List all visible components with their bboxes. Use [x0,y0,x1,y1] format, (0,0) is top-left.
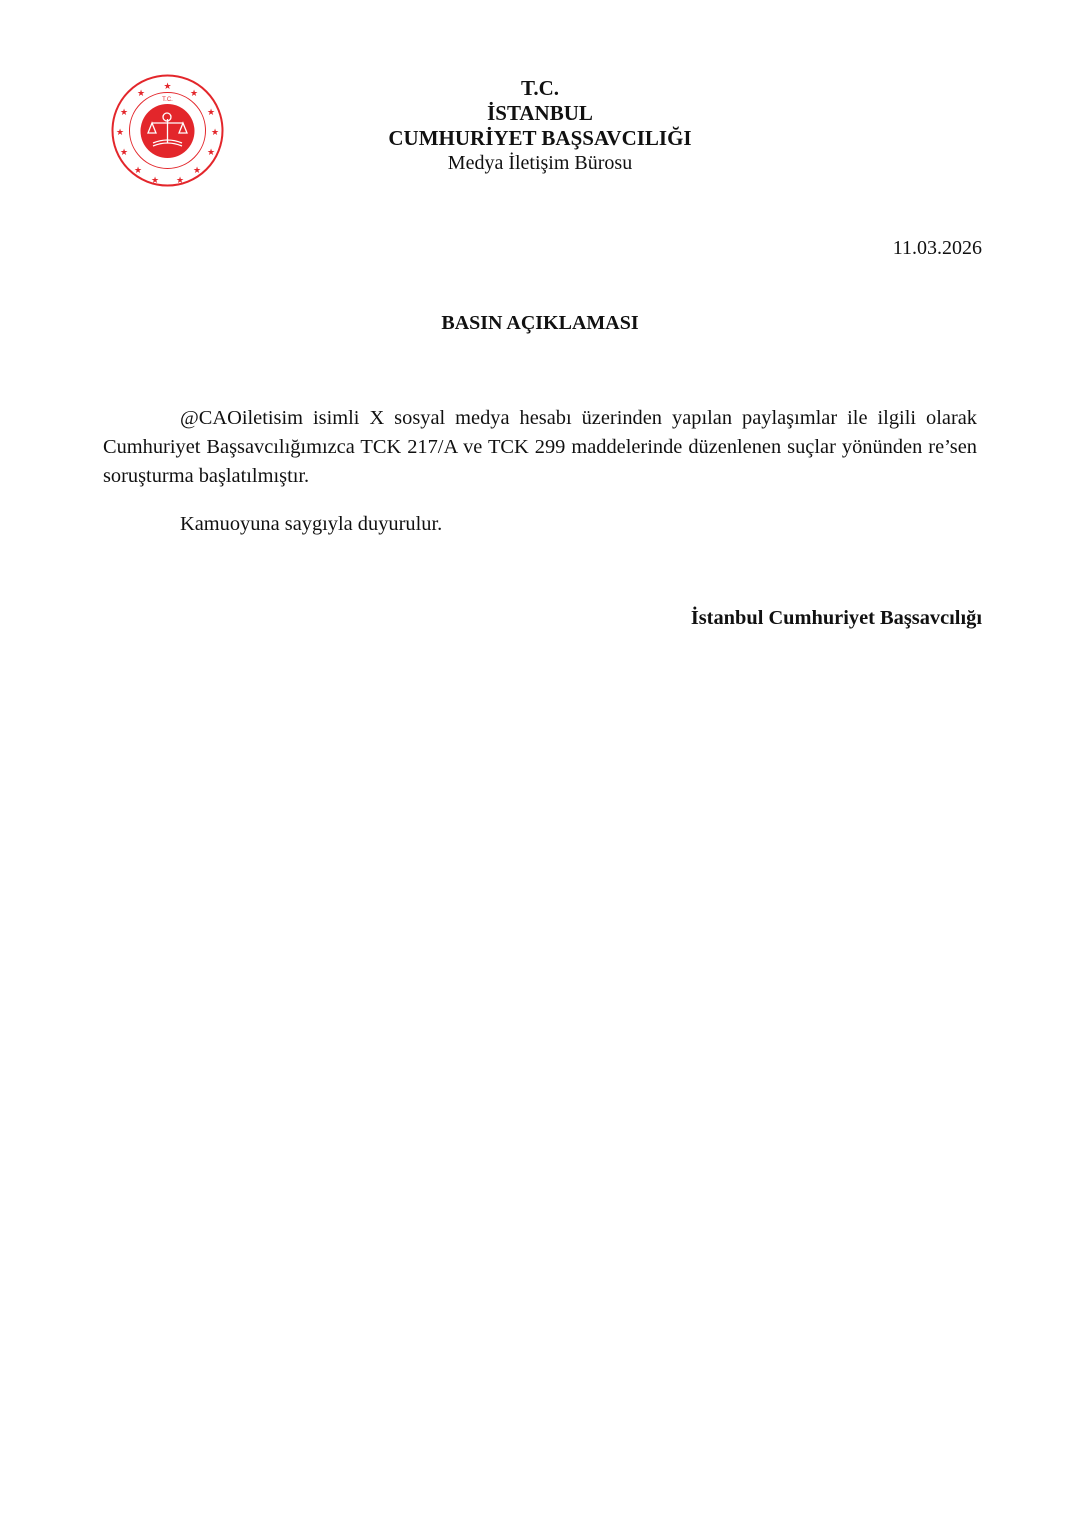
svg-text:★: ★ [120,147,128,157]
svg-text:T.C.: T.C. [162,97,173,103]
header-line-office: CUMHURİYET BAŞSAVCILIĞI [300,126,780,151]
header-line-city: İSTANBUL [300,101,780,126]
header-line-bureau: Medya İletişim Bürosu [300,151,780,176]
svg-text:★: ★ [207,147,215,157]
svg-text:★: ★ [207,107,215,117]
svg-text:★: ★ [120,107,128,117]
svg-text:★: ★ [137,88,145,98]
svg-text:★: ★ [151,175,159,185]
closing-line: Kamuoyuna saygıyla duyurulur. [180,513,442,536]
svg-text:★: ★ [116,127,124,137]
body-paragraph: @CAOiletisim isimli X sosyal medya hesab… [103,404,977,491]
header-line-tc: T.C. [300,76,780,101]
prosecutor-office-emblem-icon: ★ ★ ★ ★ ★ ★ ★ ★ ★ ★ ★ ★ ★ T.C. [110,73,225,188]
letterhead: T.C. İSTANBUL CUMHURİYET BAŞSAVCILIĞI Me… [300,76,780,176]
svg-text:★: ★ [163,81,171,91]
signature: İstanbul Cumhuriyet Başsavcılığı [691,607,982,630]
document-title: BASIN AÇIKLAMASI [0,312,1080,335]
svg-text:★: ★ [190,88,198,98]
svg-text:★: ★ [193,165,201,175]
svg-text:★: ★ [134,165,142,175]
svg-text:★: ★ [211,127,219,137]
document-date: 11.03.2026 [893,237,982,260]
svg-text:★: ★ [176,175,184,185]
